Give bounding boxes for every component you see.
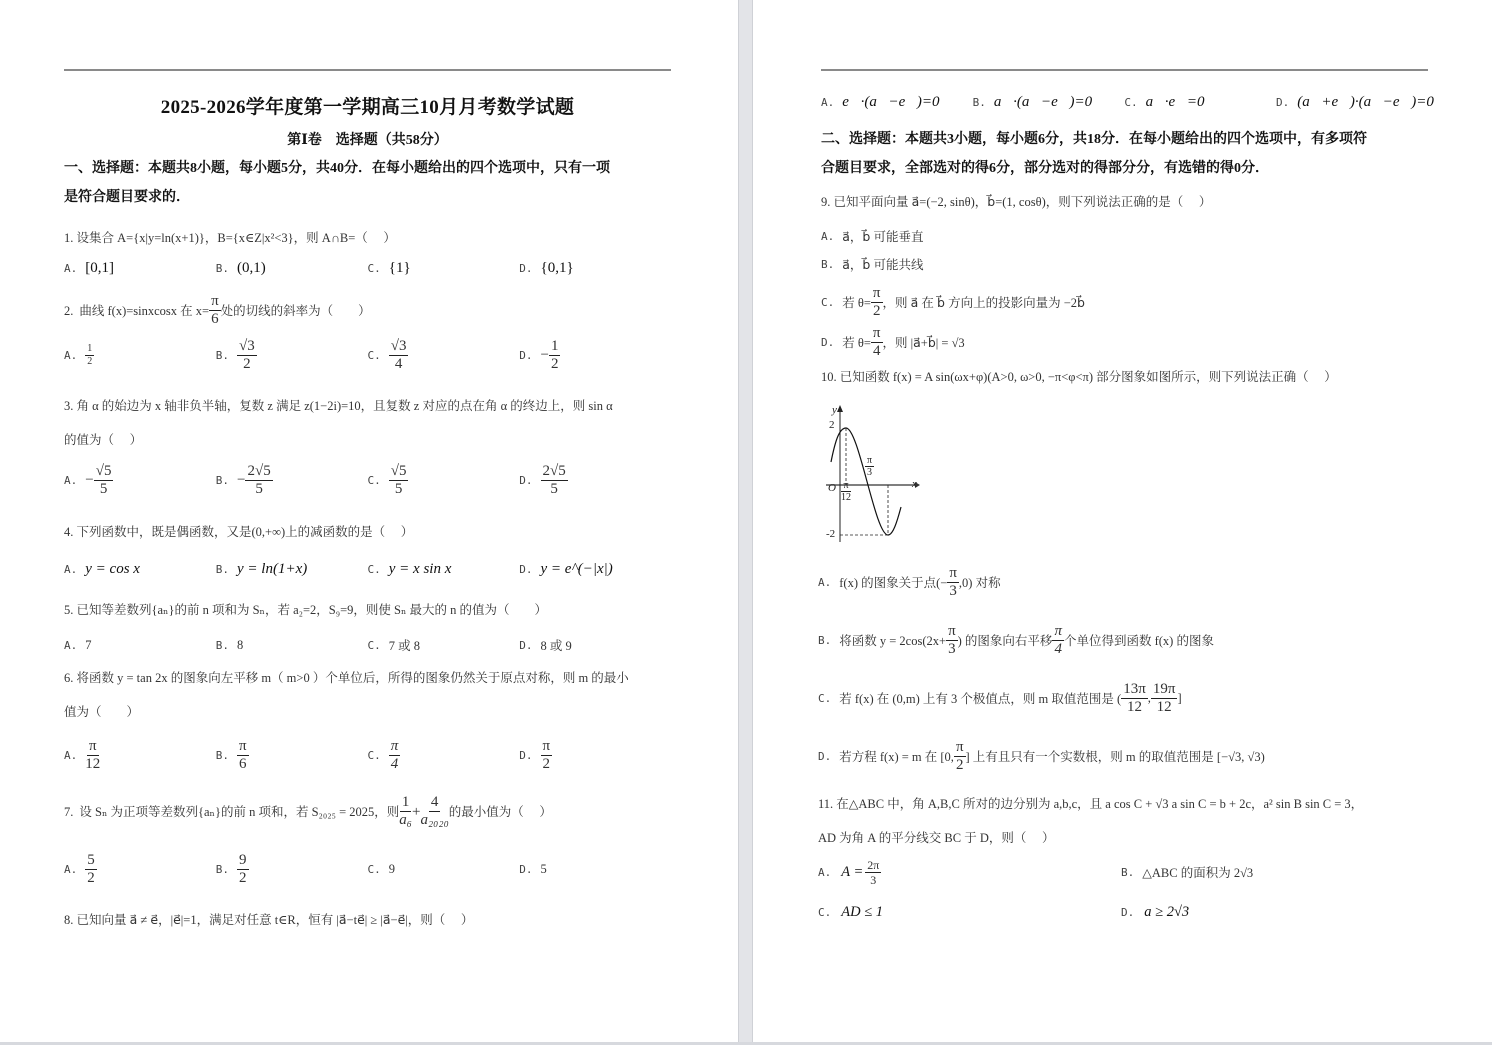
numerator: 9 — [237, 852, 249, 870]
fraction: π2 — [954, 739, 966, 774]
option-label: C. — [818, 692, 831, 705]
question-number: 2. — [64, 297, 73, 325]
question-11: 11. 在△ABC 中，角 A,B,C 所对的边分别为 a,b,c，且 a co… — [818, 790, 1425, 852]
option-label: C. — [368, 262, 381, 275]
question-4: 4. 下列函数中，既是偶函数，又是(0,+∞)上的减函数的是（ ） — [64, 518, 671, 546]
option-value: 9 — [389, 862, 395, 877]
option-label: D. — [519, 749, 532, 762]
denominator: 6 — [211, 311, 219, 328]
option-value: 5 — [541, 862, 547, 877]
question-number: 1. — [64, 231, 73, 245]
fraction: π12 — [85, 738, 100, 773]
option-d[interactable]: D.{0,1} — [519, 260, 671, 277]
option-label: A. — [64, 749, 77, 762]
minus-sign: − — [85, 472, 93, 489]
question-2: 2. 曲线 f(x)=sinxcosx 在 x= π6 处的切线的斜率为（ ） — [64, 293, 671, 328]
numerator: π — [947, 565, 959, 583]
option-value: [0,1] — [85, 260, 114, 277]
numerator: π — [209, 293, 221, 311]
option-label: D. — [818, 750, 831, 763]
fraction: π3 — [947, 565, 959, 600]
option-label: A. — [818, 576, 831, 589]
question-5-options: A.7 B.8 C.7 或 8 D.8 或 9 — [64, 636, 671, 654]
option-text: A = — [841, 864, 863, 881]
option-text: AD ≤ 1 — [841, 904, 883, 921]
fraction: π6 — [209, 293, 221, 328]
option-a[interactable]: A.[0,1] — [64, 260, 216, 277]
option-label: C. — [368, 639, 381, 652]
option-c[interactable]: C.AD ≤ 1 — [818, 896, 1121, 928]
section-1-instructions: 一、选择题：本题共8小题，每小题5分，共40分．在每小题给出的四个选项中，只有一… — [64, 154, 671, 212]
question-number: 5. — [64, 603, 73, 617]
option-b[interactable]: B.92 — [216, 852, 368, 887]
option-c[interactable]: C.9 — [368, 852, 520, 887]
question-11-options: A.A =2π3 B.△ABC 的面积为 2√3 C.AD ≤ 1 D.a ≥ … — [818, 856, 1425, 928]
numerator: √5 — [94, 463, 114, 481]
question-text: 下列函数中，既是偶函数，又是(0,+∞)上的减函数的是（ ） — [77, 525, 414, 539]
option-value: {1} — [389, 260, 411, 277]
option-value: 7 或 8 — [389, 636, 420, 654]
denominator: 12 — [1127, 699, 1142, 716]
question-number: 4. — [64, 525, 73, 539]
option-d[interactable]: D.5 — [519, 852, 671, 887]
option-label: C. — [368, 474, 381, 487]
option-c[interactable]: C.y = x sin x — [368, 561, 520, 578]
fraction: π4 — [1052, 623, 1064, 658]
question-5: 5. 已知等差数列{aₙ}的前 n 项和为 Sₙ，若 a₂=2，S₉=9，则使 … — [64, 596, 671, 624]
option-a[interactable]: A.A =2π3 — [818, 856, 1121, 888]
option-d[interactable]: D.a ≥ 2√3 — [1121, 896, 1424, 928]
fraction: √55 — [389, 463, 409, 498]
question-number: 8. — [64, 913, 73, 927]
denominator: 5 — [100, 481, 108, 498]
option-label: A. — [64, 262, 77, 275]
option-label: A. — [64, 349, 77, 362]
option-label: A. — [64, 474, 77, 487]
numerator: π — [1052, 623, 1064, 641]
option-b[interactable]: B.π6 — [216, 738, 368, 773]
plus-sign: + — [412, 798, 420, 826]
fraction: π2 — [541, 738, 553, 773]
numerator: π — [87, 738, 99, 756]
denominator: 2 — [956, 757, 964, 774]
option-label: A. — [64, 639, 77, 652]
fraction: π4 — [389, 738, 401, 773]
option-label: A. — [64, 863, 77, 876]
option-c[interactable]: C.π4 — [368, 738, 520, 773]
option-label: D. — [1121, 906, 1134, 919]
option-label: B. — [818, 634, 831, 647]
option-label: B. — [216, 349, 229, 362]
option-text: ) 的图象向右平移 — [958, 631, 1053, 649]
option-label: C. — [818, 906, 831, 919]
denominator: 4 — [391, 756, 399, 773]
question-text: 角 α 的始边为 x 轴非负半轴，复数 z 满足 z(1−2i)=10，且复数 … — [77, 399, 613, 413]
minus-sign: − — [237, 472, 245, 489]
question-6: 6. 将函数 y = tan 2x 的图象向左平移 m（ m>0 ）个单位后，所… — [64, 664, 671, 726]
option-value: y = e^(−|x|) — [541, 561, 613, 578]
question-number: 6. — [64, 671, 73, 685]
option-c[interactable]: C.若 f(x) 在 (0,m) 上有 3 个极值点，则 m 取值范围是 (13… — [818, 676, 1425, 720]
exam-title: 2025-2026学年度第一学期高三10月月考数学试题 — [64, 92, 671, 119]
fraction: 92 — [237, 852, 249, 887]
option-d[interactable]: D.y = e^(−|x|) — [519, 561, 671, 578]
denominator: 6 — [239, 756, 247, 773]
option-b[interactable]: B.将函数 y = 2cos(2x+π3) 的图象向右平移π4个单位得到函数 f… — [818, 618, 1425, 662]
option-text: 将函数 y = 2cos(2x+ — [839, 631, 946, 649]
numerator: 4 — [429, 794, 441, 812]
question-7: 7. 设 Sₙ 为正项等差数列{aₙ}的前 n 项和，若 S₂₀₂₅ = 202… — [64, 794, 671, 829]
fraction: 4a₂₀₂₀ — [420, 794, 448, 829]
question-text: 的最小值为（ ） — [449, 798, 552, 826]
question-text: 已知等差数列{aₙ}的前 n 项和为 Sₙ，若 a₂=2，S₉=9，则使 Sₙ … — [77, 603, 548, 617]
denominator: 5 — [550, 481, 558, 498]
denominator: 2 — [243, 356, 251, 373]
denominator: 4 — [395, 356, 403, 373]
option-value: 7 — [85, 638, 91, 653]
fraction: 12 — [549, 338, 561, 373]
option-b[interactable]: B.y = ln(1+x) — [216, 561, 368, 578]
option-a[interactable]: A.f(x) 的图象关于点(−π3,0) 对称 — [818, 560, 1425, 604]
option-b[interactable]: B.√32 — [216, 338, 368, 373]
part-title: 第Ⅰ卷 选择题（共58分） — [64, 129, 671, 149]
option-a[interactable]: A.52 — [64, 852, 216, 887]
option-text: ] — [1177, 691, 1181, 706]
question-8: 8. 已知向量 a⃗ ≠ e⃗，|e⃗|=1，满足对任意 t∈R，恒有 |a⃗−… — [64, 906, 671, 934]
question-text: 设集合 A={x|y=ln(x+1)}，B={x∈Z|x²<3}，则 A∩B=（… — [77, 231, 396, 245]
question-text: 曲线 f(x)=sinxcosx 在 x= — [79, 297, 209, 325]
option-label: B. — [216, 563, 229, 576]
fraction: 13π12 — [1121, 681, 1148, 716]
option-d[interactable]: D.2√55 — [519, 463, 671, 498]
section-1-line2: 是符合题目要求的． — [64, 183, 671, 212]
denominator: a₂₀₂₀ — [420, 812, 448, 829]
denominator: 12 — [1157, 699, 1172, 716]
option-label: A. — [64, 563, 77, 576]
numerator: √3 — [237, 338, 257, 356]
question-text: 已知向量 a⃗ ≠ e⃗，|e⃗|=1，满足对任意 t∈R，恒有 |a⃗−te⃗… — [77, 913, 474, 927]
fraction: √32 — [237, 338, 257, 373]
numerator: 1 — [549, 338, 561, 356]
denominator: 5 — [255, 481, 263, 498]
fraction: √55 — [94, 463, 114, 498]
question-1: 1. 设集合 A={x|y=ln(x+1)}，B={x∈Z|x²<3}，则 A∩… — [64, 224, 671, 252]
option-b[interactable]: B.△ABC 的面积为 2√3 — [1121, 856, 1424, 888]
option-c[interactable]: C.{1} — [368, 260, 520, 277]
numerator: π — [389, 738, 401, 756]
numerator: 1 — [400, 794, 412, 812]
question-number: 11. — [818, 797, 833, 811]
option-value: y = cos x — [85, 561, 140, 578]
option-label: B. — [216, 262, 229, 275]
denominator: 4 — [1054, 641, 1062, 658]
question-3: 3. 角 α 的始边为 x 轴非负半轴，复数 z 满足 z(1−2i)=10，且… — [64, 392, 671, 454]
fraction: 19π12 — [1151, 681, 1178, 716]
denominator: 3 — [949, 583, 957, 600]
page-gutter — [738, 0, 753, 1045]
denominator: 2 — [543, 756, 551, 773]
option-a[interactable]: A.12 — [64, 338, 216, 373]
question-text: 处的切线的斜率为（ ） — [221, 297, 371, 325]
option-text: 若方程 f(x) = m 在 [0, — [839, 747, 954, 765]
fraction: √34 — [389, 338, 409, 373]
option-value: y = x sin x — [389, 561, 452, 578]
question-1-options: A.[0,1] B.(0,1) C.{1} D.{0,1} — [64, 260, 671, 277]
numerator: 5 — [85, 852, 97, 870]
question-text: 在△ABC 中，角 A,B,C 所对的边分别为 a,b,c，且 a cos C … — [836, 797, 1363, 811]
option-text: a ≥ 2√3 — [1144, 904, 1189, 921]
question-3-options: A.−√55 B.−2√55 C.√55 D.2√55 — [64, 463, 671, 498]
option-d[interactable]: D.若方程 f(x) = m 在 [0,π2] 上有且只有一个实数根，则 m 的… — [818, 734, 1425, 778]
numerator: π — [954, 739, 966, 757]
fraction: 12 — [85, 343, 94, 368]
option-text: △ABC 的面积为 2√3 — [1142, 863, 1253, 881]
numerator: 13π — [1121, 681, 1148, 699]
denominator: 5 — [395, 481, 403, 498]
option-text: ] 上有且只有一个实数根，则 m 的取值范围是 [−√3, √3) — [966, 747, 1265, 765]
denominator: a₆ — [399, 812, 412, 829]
option-value: y = ln(1+x) — [237, 561, 307, 578]
fraction: 1a₆ — [399, 794, 412, 829]
option-label: B. — [216, 749, 229, 762]
fraction: 2√55 — [541, 463, 568, 498]
numerator: π — [237, 738, 249, 756]
option-label: A. — [818, 866, 831, 879]
option-d[interactable]: D.π2 — [519, 738, 671, 773]
option-value: 8 — [237, 638, 243, 653]
option-a[interactable]: A.y = cos x — [64, 561, 216, 578]
option-label: C. — [368, 749, 381, 762]
option-value: 8 或 9 — [541, 636, 572, 654]
option-c[interactable]: C.7 或 8 — [368, 636, 520, 654]
option-label: D. — [519, 863, 532, 876]
denominator: 3 — [870, 873, 876, 887]
option-value: (0,1) — [237, 260, 266, 277]
denominator: 12 — [85, 756, 100, 773]
numerator: π — [541, 738, 553, 756]
numerator: √3 — [389, 338, 409, 356]
fraction: 2√55 — [245, 463, 272, 498]
denominator: 2 — [87, 356, 92, 368]
option-label: D. — [519, 563, 532, 576]
question-text-cont: 的值为（ ） — [64, 426, 671, 454]
option-c[interactable]: C.√34 — [368, 338, 520, 373]
numerator: 2√5 — [245, 463, 272, 481]
numerator: 19π — [1151, 681, 1178, 699]
denominator: 2 — [87, 870, 95, 887]
option-a[interactable]: A.π12 — [64, 738, 216, 773]
option-label: D. — [519, 349, 532, 362]
numerator: √5 — [389, 463, 409, 481]
question-number: 3. — [64, 399, 73, 413]
option-label: C. — [368, 563, 381, 576]
header-rule — [64, 69, 671, 71]
option-c[interactable]: C.√55 — [368, 463, 520, 498]
numerator: 1 — [85, 343, 94, 356]
option-label: D. — [519, 262, 532, 275]
option-text: ,0) 对称 — [959, 573, 1001, 591]
fraction: π3 — [946, 623, 958, 658]
option-label: C. — [368, 863, 381, 876]
question-text: 将函数 y = tan 2x 的图象向左平移 m（ m>0 ）个单位后，所得的图… — [77, 671, 629, 685]
option-label: D. — [519, 639, 532, 652]
option-b[interactable]: B.8 — [216, 636, 368, 654]
numerator: 2√5 — [541, 463, 568, 481]
option-label: B. — [216, 474, 229, 487]
page-left: 2025-2026学年度第一学期高三10月月考数学试题 第Ⅰ卷 选择题（共58分… — [0, 0, 738, 1043]
denominator: 2 — [239, 870, 247, 887]
numerator: π — [946, 623, 958, 641]
option-label: C. — [368, 349, 381, 362]
numerator: 2π — [865, 858, 881, 873]
option-d[interactable]: D.8 或 9 — [519, 636, 671, 654]
denominator: 2 — [551, 356, 559, 373]
option-a[interactable]: A.7 — [64, 636, 216, 654]
question-text: 设 Sₙ 为正项等差数列{aₙ}的前 n 项和，若 S₂₀₂₅ = 2025，则 — [79, 798, 399, 826]
question-4-options: A.y = cos x B.y = ln(1+x) C.y = x sin x … — [64, 561, 671, 578]
question-text-cont: 值为（ ） — [64, 698, 671, 726]
option-b[interactable]: B.−2√55 — [216, 463, 368, 498]
option-label: B. — [216, 639, 229, 652]
question-10-options: A.f(x) 的图象关于点(−π3,0) 对称 B.将函数 y = 2cos(2… — [818, 560, 1425, 778]
option-text: f(x) 的图象关于点(− — [839, 573, 947, 591]
option-text: 个单位得到函数 f(x) 的图象 — [1064, 631, 1214, 649]
option-text: 若 f(x) 在 (0,m) 上有 3 个极值点，则 m 取值范围是 ( — [839, 689, 1121, 707]
option-b[interactable]: B.(0,1) — [216, 260, 368, 277]
option-value: {0,1} — [541, 260, 574, 277]
exam-title-block: 2025-2026学年度第一学期高三10月月考数学试题 第Ⅰ卷 选择题（共58分… — [64, 92, 671, 149]
option-d[interactable]: D.−12 — [519, 338, 671, 373]
option-label: B. — [216, 863, 229, 876]
question-2-options: A.12 B.√32 C.√34 D.−12 — [64, 338, 671, 373]
section-1-line1: 一、选择题：本题共8小题，每小题5分，共40分．在每小题给出的四个选项中，只有一… — [64, 154, 671, 183]
minus-sign: − — [541, 347, 549, 364]
fraction: 2π3 — [865, 858, 881, 887]
option-label: B. — [1121, 866, 1134, 879]
question-number: 7. — [64, 798, 73, 826]
question-text-cont: AD 为角 A 的平分线交 BC 于 D，则（ ） — [818, 824, 1425, 852]
option-a[interactable]: A.−√55 — [64, 463, 216, 498]
fraction: 52 — [85, 852, 97, 887]
question-6-options: A.π12 B.π6 C.π4 D.π2 — [64, 738, 671, 773]
denominator: 3 — [948, 641, 956, 658]
page-right-content: A.f(x) 的图象关于点(−π3,0) 对称 B.将函数 y = 2cos(2… — [754, 0, 1492, 1043]
question-7-options: A.52 B.92 C.9 D.5 — [64, 852, 671, 887]
fraction: π6 — [237, 738, 249, 773]
option-label: D. — [519, 474, 532, 487]
